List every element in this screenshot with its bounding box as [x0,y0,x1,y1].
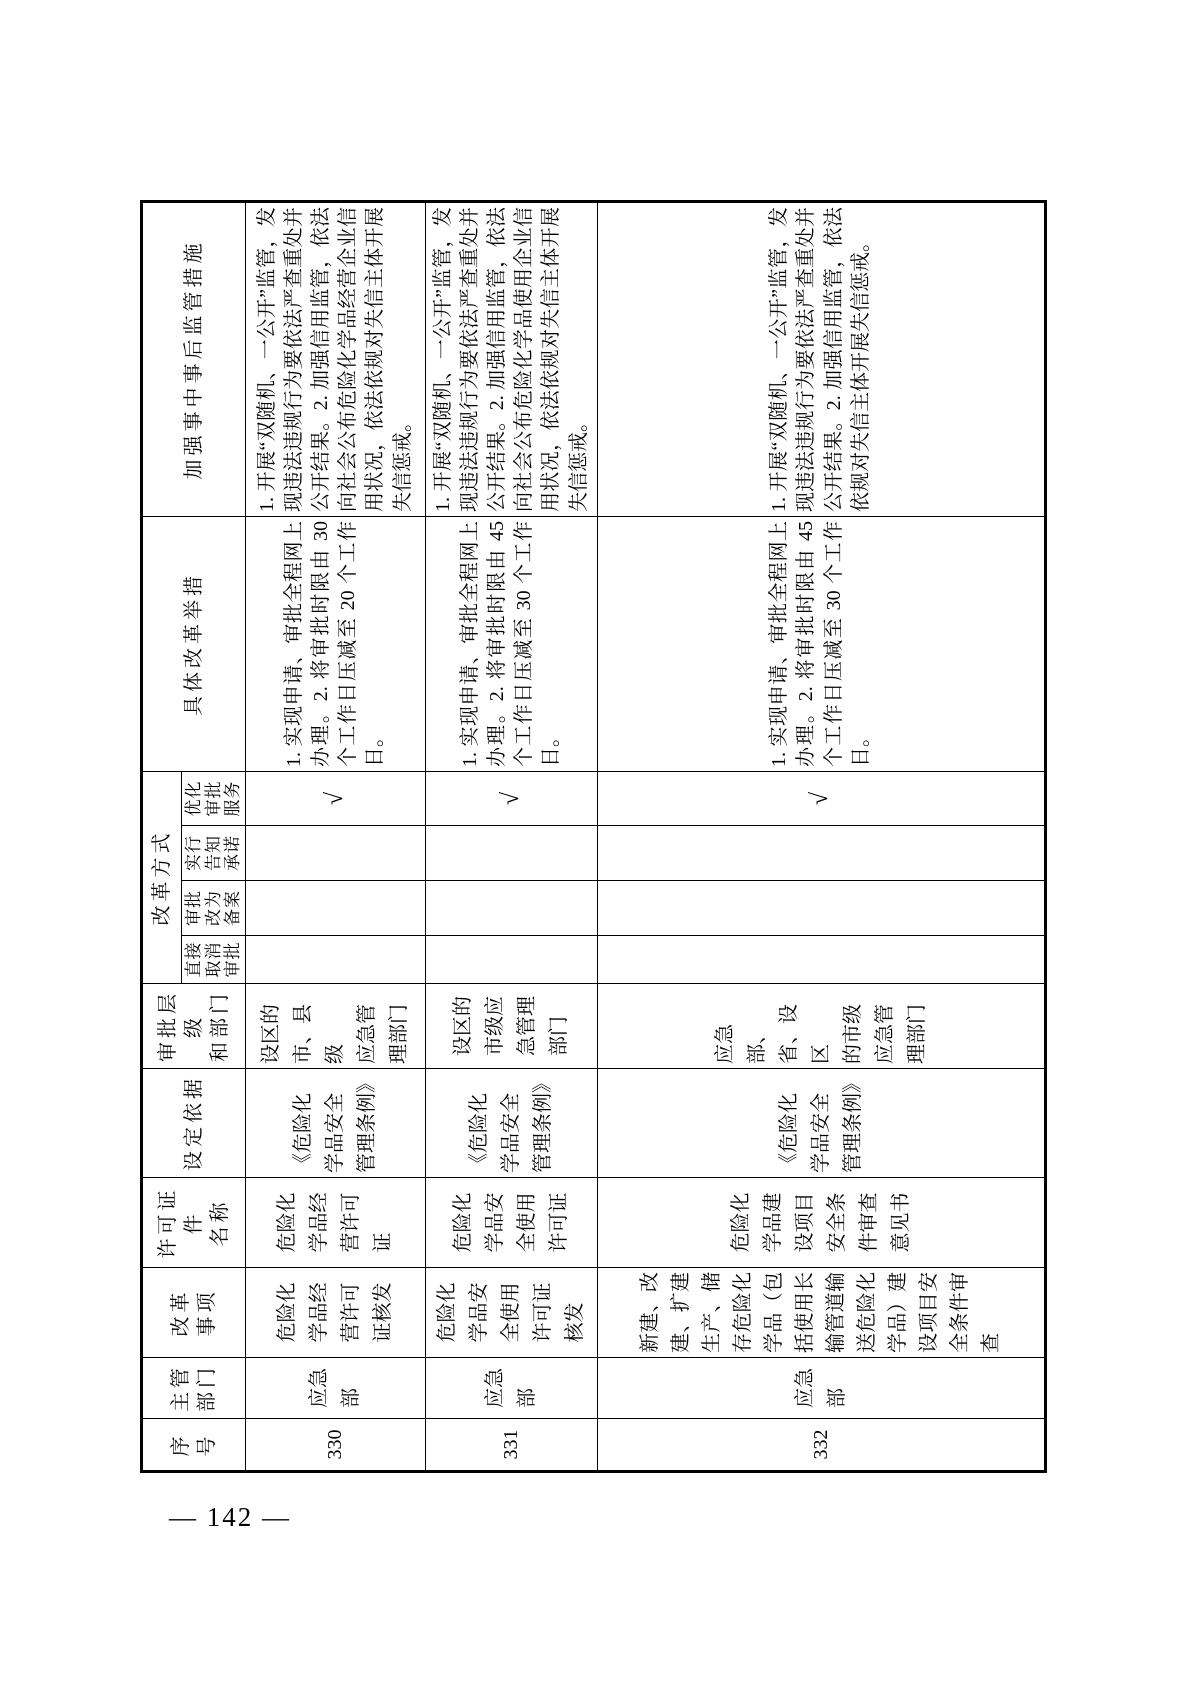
cell-331-optimize-checkmark: √ [425,772,597,826]
cell-330-basis-text: 《危险化 学品安全 管理条例》 [287,1073,383,1173]
cell-331-license-name-text: 危险化 学品安 全使用 许可证 [447,1193,575,1253]
cell-332-approval-level: 应急部、 省、设区 的市级 应急管 理部门 [597,984,1045,1069]
header-approval-level-label: 审批层级 和部门 [155,988,233,1064]
header-reform-method-label: 改革方式 [149,830,175,926]
header-license-name: 许可证件 名称 [142,1178,246,1268]
header-reform-item-label: 改革 事项 [168,1289,220,1337]
cell-332-specific-measures-text: 1. 实现申请、审批全程网上办理。2. 将审批时限由 45 个工作日压减至 30… [766,521,875,767]
cell-331-basis: 《危险化 学品安全 管理条例》 [425,1069,597,1178]
header-license-name-label: 许可证件 名称 [155,1182,233,1263]
header-cancel-approval-label: 直接 取消 审批 [184,942,243,978]
cell-330-department: 应急 部 [245,1358,425,1419]
cell-332-basis-text: 《危险化 学品安全 管理条例》 [773,1073,869,1173]
cell-332-filing [597,881,1045,936]
cell-331-approval-level-text: 设区的 市级应 急管理 部门 [447,996,575,1056]
header-serial-number: 序号 [142,1419,246,1472]
table-row-330: 330 应急 部 危险化 学品经 营许可 证核发 危险化 学品经 营许可 证 《… [245,202,425,1472]
cell-332-cancel [597,936,1045,984]
table-row-332: 332 应急 部 新建、改建、扩建生产、储存危险化学品（包括使用长输管道输送危险… [597,202,1045,1472]
cell-330-license-name: 危险化 学品经 营许可 证 [245,1178,425,1268]
header-specific-measures: 具体改革举措 [142,517,246,772]
cell-332-approval-level-text: 应急部、 省、设区 的市级 应急管 理部门 [709,988,933,1064]
header-supervision-measures-label: 加强事中事后监管措施 [181,240,207,480]
header-specific-measures-label: 具体改革举措 [181,572,207,716]
cell-330-specific-measures: 1. 实现申请、审批全程网上办理。2. 将审批时限由 30 个工作日压减至 20… [245,517,425,772]
cell-332-specific-measures: 1. 实现申请、审批全程网上办理。2. 将审批时限由 45 个工作日压减至 30… [597,517,1045,772]
header-reform-item: 改革 事项 [142,1268,246,1358]
cell-331-cancel [425,936,597,984]
cell-332-license-name: 危险化 学品建 设项目 安全条 件审查 意见书 [597,1178,1045,1268]
cell-331-filing [425,881,597,936]
header-row-1: 序号 主管 部门 改革 事项 许可证件 名称 设定依据 审批层级 和部门 改革方… [142,202,182,1472]
header-cancel-approval: 直接 取消 审批 [182,936,246,984]
page-number: — 142 — [0,1502,460,1533]
cell-332-commitment [597,826,1045,881]
cell-331-supervision-text: 1. 开展“双随机、一公开”监管，发现违法违规行为要依法严查重处并公开结果。2.… [430,207,593,512]
cell-330-department-text: 应急 部 [303,1368,367,1408]
cell-330-filing [245,881,425,936]
table-row-331: 331 应急 部 危险化 学品安 全使用 许可证 核发 危险化 学品安 全使用 … [425,202,597,1472]
reform-items-table: 序号 主管 部门 改革 事项 许可证件 名称 设定依据 审批层级 和部门 改革方… [140,200,1047,1473]
header-optimize-service-label: 优化 审批 服务 [184,781,243,817]
cell-331-specific-measures-text: 1. 实现申请、审批全程网上办理。2. 将审批时限由 45 个工作日压减至 30… [457,521,566,767]
header-change-to-filing-label: 审批 改为 备案 [184,890,243,926]
header-setting-basis: 设定依据 [142,1069,246,1178]
cell-332-serial: 332 [597,1419,1045,1472]
cell-332-supervision-text: 1. 开展“双随机、一公开”监管，发现违法违规行为要依法严查重处并公开结果。2.… [766,207,875,512]
header-notification-commitment: 实行 告知 承诺 [182,826,246,881]
header-competent-label: 主管 部门 [168,1364,220,1412]
cell-330-optimize-checkmark: √ [245,772,425,826]
cell-331-supervision: 1. 开展“双随机、一公开”监管，发现违法违规行为要依法严查重处并公开结果。2.… [425,202,597,517]
cell-330-serial: 330 [245,1419,425,1472]
cell-330-supervision: 1. 开展“双随机、一公开”监管，发现违法违规行为要依法严查重处并公开结果。2.… [245,202,425,517]
cell-331-reform-item-text: 危险化 学品安 全使用 许可证 核发 [431,1283,591,1343]
cell-331-department-text: 应急 部 [479,1368,543,1408]
cell-331-serial: 331 [425,1419,597,1472]
cell-331-department: 应急 部 [425,1358,597,1419]
header-supervision-measures: 加强事中事后监管措施 [142,202,246,517]
cell-332-supervision: 1. 开展“双随机、一公开”监管，发现违法违规行为要依法严查重处并公开结果。2.… [597,202,1045,517]
cell-331-reform-item: 危险化 学品安 全使用 许可证 核发 [425,1268,597,1358]
cell-330-basis: 《危险化 学品安全 管理条例》 [245,1069,425,1178]
cell-331-specific-measures: 1. 实现申请、审批全程网上办理。2. 将审批时限由 45 个工作日压减至 30… [425,517,597,772]
cell-330-reform-item-text: 危险化 学品经 营许可 证核发 [271,1283,399,1343]
cell-332-reform-item-text: 新建、改建、扩建生产、储存危险化学品（包括使用长输管道输送危险化学品）建设项目安… [635,1272,1007,1353]
cell-332-department: 应急 部 [597,1358,1045,1419]
cell-330-supervision-text: 1. 开展“双随机、一公开”监管，发现违法违规行为要依法严查重处并公开结果。2.… [254,207,417,512]
cell-330-cancel [245,936,425,984]
cell-332-reform-item: 新建、改建、扩建生产、储存危险化学品（包括使用长输管道输送危险化学品）建设项目安… [597,1268,1045,1358]
cell-331-license-name: 危险化 学品安 全使用 许可证 [425,1178,597,1268]
header-optimize-service: 优化 审批 服务 [182,772,246,826]
cell-330-reform-item: 危险化 学品经 营许可 证核发 [245,1268,425,1358]
cell-331-basis-text: 《危险化 学品安全 管理条例》 [463,1073,559,1173]
header-notification-commitment-label: 实行 告知 承诺 [184,835,243,871]
cell-330-approval-level: 设区的 市、县级 应急管 理部门 [245,984,425,1069]
cell-331-commitment [425,826,597,881]
header-change-to-filing: 审批 改为 备案 [182,881,246,936]
cell-330-specific-measures-text: 1. 实现申请、审批全程网上办理。2. 将审批时限由 30 个工作日压减至 20… [281,521,390,767]
cell-332-department-text: 应急 部 [789,1368,853,1408]
header-serial-label: 序号 [168,1423,220,1466]
cell-330-commitment [245,826,425,881]
header-reform-method-group: 改革方式 [142,772,182,984]
cell-332-optimize-checkmark: √ [597,772,1045,826]
rotated-approval-table: 序号 主管 部门 改革 事项 许可证件 名称 设定依据 审批层级 和部门 改革方… [140,203,1037,1473]
header-setting-basis-label: 设定依据 [181,1075,207,1171]
header-approval-level: 审批层级 和部门 [142,984,246,1069]
cell-332-license-name-text: 危险化 学品建 设项目 安全条 件审查 意见书 [725,1193,917,1253]
cell-331-approval-level: 设区的 市级应 急管理 部门 [425,984,597,1069]
cell-330-license-name-text: 危险化 学品经 营许可 证 [271,1193,399,1253]
header-competent-department: 主管 部门 [142,1358,246,1419]
cell-332-basis: 《危险化 学品安全 管理条例》 [597,1069,1045,1178]
cell-330-approval-level-text: 设区的 市、县级 应急管 理部门 [255,988,415,1064]
